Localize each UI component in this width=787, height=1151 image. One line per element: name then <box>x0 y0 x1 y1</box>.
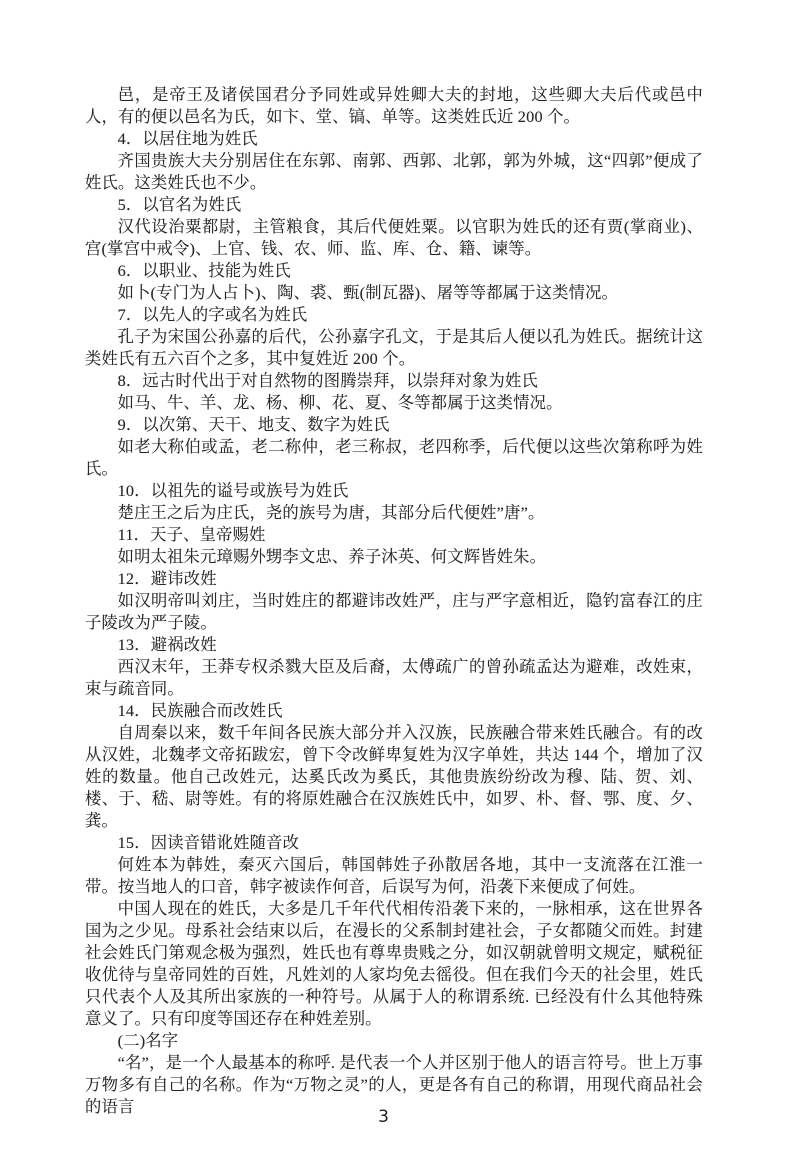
document-page: 邑，是帝王及诸侯国君分予同姓或异姓卿大夫的封地，这些卿大夫后代或邑中人，有的便以… <box>0 0 787 1151</box>
paragraph: 汉代设治粟都尉，主管粮食，其后代便姓粟。以官职为姓氏的还有贾(掌商业)、宫(掌宫… <box>85 216 703 260</box>
section-heading: 10．以祖先的谥号或族号为姓氏 <box>85 480 703 502</box>
section-heading: 15．因读音错讹姓随音改 <box>85 832 703 854</box>
document-body: 邑，是帝王及诸侯国君分予同姓或异姓卿大夫的封地，这些卿大夫后代或邑中人，有的便以… <box>85 84 703 1118</box>
paragraph: 邑，是帝王及诸侯国君分予同姓或异姓卿大夫的封地，这些卿大夫后代或邑中人，有的便以… <box>85 84 703 128</box>
paragraph: 如马、牛、羊、龙、杨、柳、花、夏、冬等都属于这类情况。 <box>85 392 703 414</box>
paragraph: 如汉明帝叫刘庄，当时姓庄的都避讳改姓严，庄与严字意相近，隐钓富春江的庄子陵改为严… <box>85 590 703 634</box>
paragraph: 中国人现在的姓氏，大多是几千年代代相传沿袭下来的，一脉相承，这在世界各国为之少见… <box>85 898 703 1030</box>
paragraph: 自周秦以来，数千年间各民族大部分并入汉族，民族融合带来姓氏融合。有的改从汉姓，北… <box>85 722 703 832</box>
paragraph: 齐国贵族大夫分别居住在东郭、南郭、西郭、北郭，郭为外城，这“四郭”便成了姓氏。这… <box>85 150 703 194</box>
section-heading: 13．避祸改姓 <box>85 634 703 656</box>
paragraph: 如老大称伯或孟，老二称仲，老三称叔，老四称季，后代便以这些次第称呼为姓氏。 <box>85 436 703 480</box>
section-heading: 5．以官名为姓氏 <box>85 194 703 216</box>
paragraph: 何姓本为韩姓，秦灭六国后，韩国韩姓子孙散居各地，其中一支流落在江淮一带。按当地人… <box>85 854 703 898</box>
paragraph: 西汉末年，王莽专权杀戮大臣及后裔，太傅疏广的曾孙疏孟达为避难，改姓束，束与疏音同… <box>85 656 703 700</box>
section-heading: 4．以居住地为姓氏 <box>85 128 703 150</box>
section-heading: 8．远古时代出于对自然物的图腾崇拜，以崇拜对象为姓氏 <box>85 370 703 392</box>
paragraph: 孔子为宋国公孙嘉的后代，公孙嘉字孔文，于是其后人便以孔为姓氏。据统计这类姓氏有五… <box>85 326 703 370</box>
paragraph: 楚庄王之后为庄氏，尧的族号为唐，其部分后代便姓”唐”。 <box>85 502 703 524</box>
page-number: 3 <box>0 1107 767 1127</box>
section-heading: 14．民族融合而改姓氏 <box>85 700 703 722</box>
paragraph: 如明太祖朱元璋赐外甥李文忠、养子沐英、何文辉皆姓朱。 <box>85 546 703 568</box>
section-heading: 6．以职业、技能为姓氏 <box>85 260 703 282</box>
section-heading: 9．以次第、天干、地支、数字为姓氏 <box>85 414 703 436</box>
section-heading: 11．天子、皇帝赐姓 <box>85 524 703 546</box>
section-heading: (二)名字 <box>85 1030 703 1052</box>
section-heading: 7．以先人的字或名为姓氏 <box>85 304 703 326</box>
section-heading: 12．避讳改姓 <box>85 568 703 590</box>
paragraph: 如卜(专门为人占卜)、陶、裘、甄(制瓦器)、屠等等都属于这类情况。 <box>85 282 703 304</box>
